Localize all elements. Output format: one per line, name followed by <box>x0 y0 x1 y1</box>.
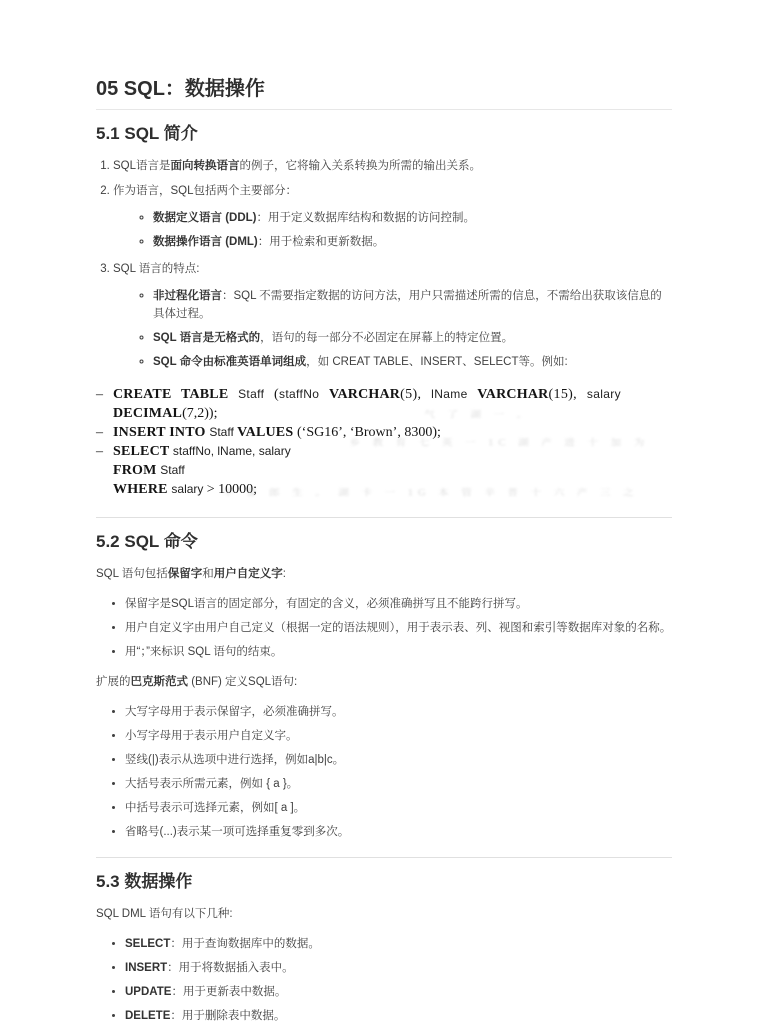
insert-keyword: INSERT <box>125 962 167 974</box>
feature-item-1: 非过程化语言：SQL 不需要指定数据的访问方法，用户只需描述所需的信息，不需给出… <box>153 287 672 323</box>
document-page: 05 SQL：数据操作 5.1 SQL 简介 SQL语言是面向转换语言的例子，它… <box>0 0 768 1024</box>
bnf-rule-item: 省略号(...)表示某一项可选择重复零到多次。 <box>125 823 672 841</box>
dml-item: 数据操作语言 (DML)：用于检索和更新数据。 <box>153 233 672 251</box>
scan-code-line: DECIMAL(7,2)); <box>96 404 672 423</box>
sql-intro-ordered-list: SQL语言是面向转换语言的例子，它将输入关系转换为所需的输出关系。 作为语言，S… <box>96 157 672 371</box>
bnf-rule-item: 竖线(|)表示从选项中进行选择，例如a|b|c。 <box>125 751 672 769</box>
feature-2-term: SQL 语言是无格式的 <box>153 332 260 344</box>
update-desc: ：用于更新表中数据。 <box>171 986 286 998</box>
doc-title: 05 SQL：数据操作 <box>96 76 672 110</box>
keywords-list-item: 保留字是SQL语言的固定部分，有固定的含义，必须准确拼写且不能跨行拼写。 <box>125 595 672 613</box>
intro-item-1: SQL语言是面向转换语言的例子，它将输入关系转换为所需的输出关系。 <box>113 157 672 175</box>
feature-1-desc: ：SQL 不需要指定数据的访问方法，用户只需描述所需的信息，不需给出获取该信息的… <box>153 290 662 320</box>
dml-statement-select: SELECT：用于查询数据库中的数据。 <box>125 935 672 953</box>
intro-item-3-text: SQL 语言的特点: <box>113 263 199 275</box>
dml-statement-insert: INSERT：用于将数据插入表中。 <box>125 959 672 977</box>
statement-dash-marker: – <box>96 423 103 442</box>
scan-code-lines: –CREATE TABLE Staff (staffNo VARCHAR(5),… <box>96 385 672 499</box>
keywords-intro-paragraph: SQL 语句包括保留字和用户自定义字: <box>96 565 672 583</box>
bnf-intro-pre: 扩展的 <box>96 676 131 688</box>
feature-3-desc: ，如 CREAT TABLE、INSERT、SELECT等。例如: <box>306 356 568 368</box>
keywords-intro-mid: 和 <box>202 568 214 580</box>
select-keyword: SELECT <box>125 938 170 950</box>
bnf-rule-item: 大括号表示所需元素，例如 { a }。 <box>125 775 672 793</box>
intro-item-3: SQL 语言的特点: 非过程化语言：SQL 不需要指定数据的访问方法，用户只需描… <box>113 260 672 371</box>
bnf-rule-item: 小写字母用于表示用户自定义字。 <box>125 727 672 745</box>
intro-item-1-rest: 的例子，它将输入关系转换为所需的输出关系。 <box>240 160 482 172</box>
bnf-rule-item: 大写字母用于表示保留字，必须准确拼写。 <box>125 703 672 721</box>
scan-code-line: –CREATE TABLE Staff (staffNo VARCHAR(5),… <box>96 385 672 404</box>
bnf-term: 巴克斯范式 <box>131 676 189 688</box>
sql-example-scan-image: –CREATE TABLE Staff (staffNo VARCHAR(5),… <box>96 383 672 501</box>
feature-1-term: 非过程化语言 <box>153 290 222 302</box>
insert-desc: ：用于将数据插入表中。 <box>167 962 294 974</box>
keywords-list: 保留字是SQL语言的固定部分，有固定的含义，必须准确拼写且不能跨行拼写。 用户自… <box>96 595 672 661</box>
section-divider <box>96 857 672 858</box>
sql-features-sublist: 非过程化语言：SQL 不需要指定数据的访问方法，用户只需描述所需的信息，不需给出… <box>113 287 672 371</box>
delete-keyword: DELETE <box>125 1010 170 1022</box>
feature-item-2: SQL 语言是无格式的，语句的每一部分不必固定在屏幕上的特定位置。 <box>153 329 672 347</box>
scan-code-line: –SELECT staffNo, lName, salary <box>96 442 672 461</box>
intro-item-1-bold: 面向转换语言 <box>171 160 240 172</box>
bnf-intro-post: (BNF) 定义SQL语句: <box>188 676 297 688</box>
section-5-1-heading: 5.1 SQL 简介 <box>96 123 672 146</box>
dml-statement-delete: DELETE：用于删除表中数据。 <box>125 1007 672 1024</box>
dml-term: 数据操作语言 (DML) <box>153 236 258 248</box>
intro-item-2: 作为语言，SQL包括两个主要部分： 数据定义语言 (DDL)：用于定义数据库结构… <box>113 182 672 251</box>
intro-item-1-text: SQL语言是 <box>113 160 171 172</box>
feature-item-3: SQL 命令由标准英语单词组成，如 CREAT TABLE、INSERT、SEL… <box>153 353 672 371</box>
reserved-word-term: 保留字 <box>168 568 203 580</box>
update-keyword: UPDATE <box>125 986 171 998</box>
scan-code-line: –INSERT INTO Staff VALUES (‘SG16’, ‘Brow… <box>96 423 672 442</box>
keywords-list-item: 用“；”来标识 SQL 语句的结束。 <box>125 643 672 661</box>
dml-intro-paragraph: SQL DML 语句有以下几种: <box>96 905 672 923</box>
sql-parts-sublist: 数据定义语言 (DDL)：用于定义数据库结构和数据的访问控制。 数据操作语言 (… <box>113 209 672 251</box>
scan-code-line: FROM Staff <box>96 461 672 480</box>
dml-statement-update: UPDATE：用于更新表中数据。 <box>125 983 672 1001</box>
statement-dash-marker: – <box>96 442 103 461</box>
bnf-rule-item: 中括号表示可选择元素，例如[ a ]。 <box>125 799 672 817</box>
section-5-3-heading: 5.3 数据操作 <box>96 871 672 894</box>
keywords-intro-post: : <box>283 568 286 580</box>
dml-desc: ：用于检索和更新数据。 <box>258 236 385 248</box>
dml-statements-list: SELECT：用于查询数据库中的数据。 INSERT：用于将数据插入表中。 UP… <box>96 935 672 1024</box>
ddl-desc: ：用于定义数据库结构和数据的访问控制。 <box>257 212 476 224</box>
select-desc: ：用于查询数据库中的数据。 <box>170 938 320 950</box>
section-divider <box>96 517 672 518</box>
statement-dash-marker: – <box>96 385 103 404</box>
feature-2-desc: ，语句的每一部分不必固定在屏幕上的特定位置。 <box>260 332 513 344</box>
intro-item-2-text: 作为语言，SQL包括两个主要部分： <box>113 185 297 197</box>
bnf-rules-list: 大写字母用于表示保留字，必须准确拼写。 小写字母用于表示用户自定义字。 竖线(|… <box>96 703 672 841</box>
ddl-term: 数据定义语言 (DDL) <box>153 212 257 224</box>
feature-3-term: SQL 命令由标准英语单词组成 <box>153 356 306 368</box>
scan-code-line: WHERE salary > 10000; <box>96 480 672 499</box>
delete-desc: ：用于删除表中数据。 <box>170 1010 285 1022</box>
keywords-intro-pre: SQL 语句包括 <box>96 568 168 580</box>
bnf-intro-paragraph: 扩展的巴克斯范式 (BNF) 定义SQL语句: <box>96 673 672 691</box>
section-5-2-heading: 5.2 SQL 命令 <box>96 531 672 554</box>
ddl-item: 数据定义语言 (DDL)：用于定义数据库结构和数据的访问控制。 <box>153 209 672 227</box>
user-word-term: 用户自定义字 <box>214 568 283 580</box>
keywords-list-item: 用户自定义字由用户自己定义（根据一定的语法规则），用于表示表、列、视图和索引等数… <box>125 619 672 637</box>
